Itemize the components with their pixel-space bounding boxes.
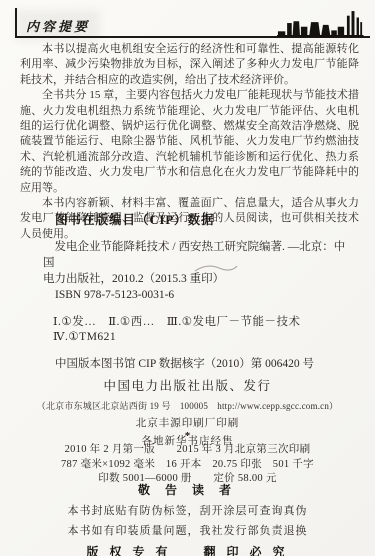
header-vertical-tick (15, 8, 17, 37)
cip-registry-number: 中国版本图书馆 CIP 数据核字（2010）第 006420 号 (55, 355, 355, 371)
copyright-warning: 版 权 专 有 翻 印 必 究 (0, 543, 375, 556)
star-separator: * (0, 430, 375, 442)
notice-heading: 敬 告 读 者 (0, 481, 375, 498)
power-plant-icon (277, 9, 369, 38)
printer-line: 北京丰源印刷厂印刷 (0, 415, 375, 430)
cip-isbn: ISBN 978-7-5123-0031-6 (55, 289, 355, 301)
summary-header-title: 内容提要 (22, 16, 94, 35)
printing-info-block: 2010 年 2 月第一版 2015 年 3 月北京第三次印刷 787 毫米×1… (0, 443, 375, 487)
format-line: 787 毫米×1092 毫米 16 开本 20.75 印张 501 千字 (0, 458, 375, 473)
cip-classification: Ⅰ.①发… Ⅱ.①西… Ⅲ.①发电厂－节能－技术 Ⅳ.①TM621 (53, 313, 355, 343)
edition-line: 2010 年 2 月第一版 2015 年 3 月北京第三次印刷 (0, 443, 375, 458)
copyright-page: 内容提要 (0, 0, 375, 556)
pen-mark-artifact (193, 262, 239, 274)
publisher-name: 中国电力出版社出版、发行 (0, 376, 375, 394)
cip-block: 图书在版编目（CIP）数据 发电企业节能降耗技术 / 西安热工研究院编著. —北… (43, 210, 355, 371)
summary-paragraph-1: 本书以提高火电机组安全运行的经济性和可靠性、提高能源转化利用率、减少污染物排放为… (20, 42, 359, 88)
notice-line-2: 本书如有印装质量问题，我社发行部负责退换 (0, 522, 375, 538)
summary-paragraph-2: 全书共分 15 章，主要内容包括火力发电厂能耗现状与节能技术措施、火力发电机组热… (20, 88, 359, 196)
summary-header: 内容提要 (0, 8, 375, 40)
notice-line-1: 本书封底贴有防伪标签，刮开涂层可查询真伪 (0, 502, 375, 518)
cip-heading: 图书在版编目（CIP）数据 (55, 210, 355, 228)
reader-notice-block: 敬 告 读 者 本书封底贴有防伪标签，刮开涂层可查询真伪 本书如有印装质量问题，… (0, 481, 375, 556)
publisher-address: （北京市东城区北京站西街 19 号 100005 http://www.cepp… (0, 399, 375, 412)
